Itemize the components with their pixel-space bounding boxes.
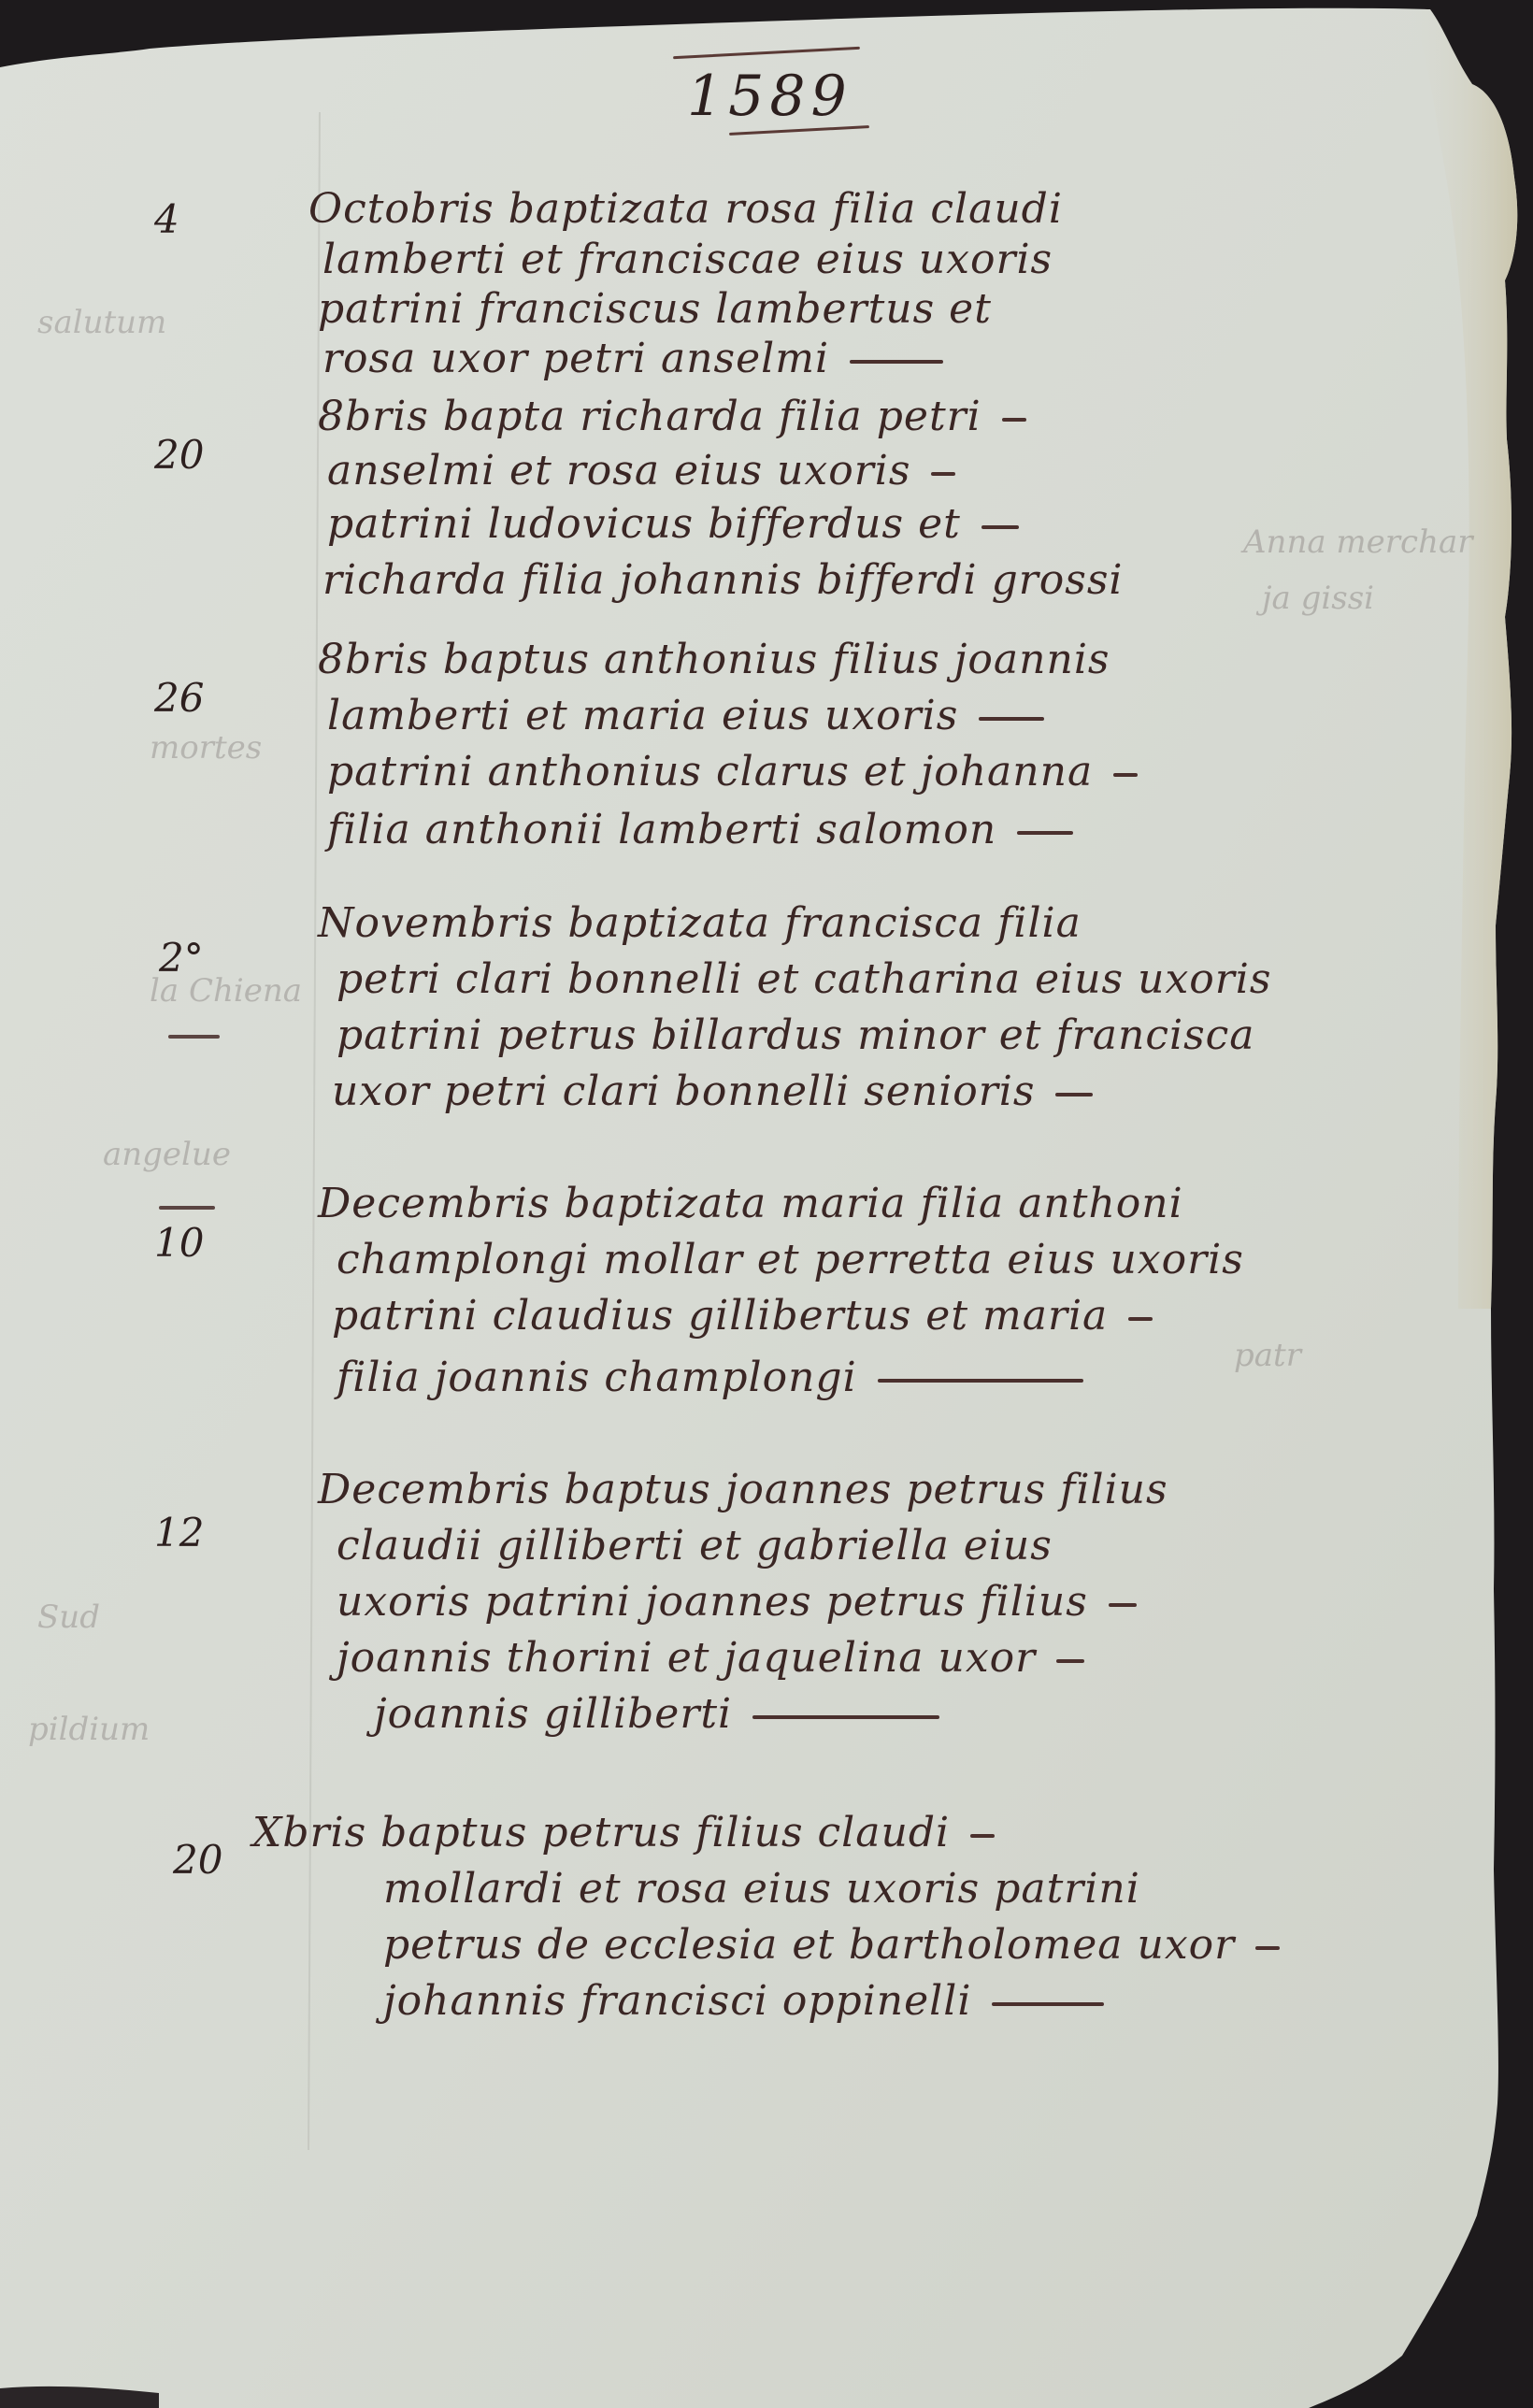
entry-line: patrini ludovicus bifferdus et (327, 500, 1019, 548)
entry-line: filia joannis champlongi (337, 1354, 1083, 1401)
bleedthrough-note: mortes (150, 729, 262, 767)
entry-line: 8bris baptus anthonius filius joannis (318, 636, 1110, 683)
entry-line: mollardi et rosa eius uxoris patrini (383, 1865, 1140, 1913)
entry-line: anselmi et rosa eius uxoris (327, 447, 955, 494)
entry-line: Decembris baptizata maria filia anthoni (318, 1180, 1183, 1227)
year-overline (673, 47, 860, 59)
line-end-dash (1056, 1659, 1084, 1663)
line-end-dash (992, 2002, 1104, 2006)
entry-line: lamberti et franciscae eius uxoris (322, 236, 1053, 283)
year-heading: 1589 (687, 64, 852, 129)
entry-day: 2° (159, 935, 204, 981)
register-page: 1589 salutum Anna merchar ja gissi morte… (0, 0, 1533, 2408)
line-end-dash (1017, 831, 1073, 835)
entry-line: joannis thorini et jaquelina uxor (337, 1634, 1084, 1682)
bleedthrough-note: ja gissi (1262, 580, 1374, 617)
entry-line: 8bris bapta richarda filia petri (318, 393, 1026, 440)
entry-line: Novembris baptizata francisca filia (318, 899, 1082, 947)
line-end-dash (1128, 1317, 1153, 1321)
entry-day: 20 (173, 1837, 222, 1883)
entry-line: lamberti et maria eius uxoris (327, 692, 1044, 739)
entry-line: Xbris baptus petrus filius claudi (252, 1809, 995, 1856)
entry-line: champlongi mollar et perretta eius uxori… (337, 1236, 1244, 1283)
entry-day: 10 (154, 1220, 204, 1266)
bleedthrough-note: Sud (37, 1598, 100, 1636)
line-end-dash (1002, 418, 1026, 422)
margin-dash (159, 1206, 215, 1210)
entry-line: patrini petrus billardus minor et franci… (337, 1011, 1255, 1059)
bleedthrough-note: Anna merchar (1243, 523, 1473, 561)
entry-line: rosa uxor petri anselmi (322, 335, 943, 382)
entry-day: 26 (154, 675, 204, 721)
bleedthrough-note: angelue (103, 1136, 231, 1173)
entry-line: Decembris baptus joannes petrus filius (318, 1466, 1168, 1513)
line-end-dash (979, 717, 1044, 721)
entry-line: petri clari bonnelli et catharina eius u… (337, 955, 1271, 1003)
entry-line: petrus de ecclesia et bartholomea uxor (383, 1921, 1280, 1969)
entry-line: patrini franciscus lambertus et (318, 285, 992, 333)
line-end-dash (752, 1715, 939, 1719)
entry-line: patrini anthonius clarus et johanna (327, 748, 1138, 795)
entry-line: filia anthonii lamberti salomon (327, 806, 1073, 853)
entry-line: richarda filia johannis bifferdi grossi (322, 556, 1124, 604)
line-end-dash (1255, 1946, 1280, 1950)
line-end-dash (850, 360, 943, 364)
entry-line: johannis francisci oppinelli (383, 1977, 1104, 2025)
margin-dash (168, 1035, 220, 1039)
entry-line: Octobris baptizata rosa filia claudi (308, 185, 1063, 233)
line-end-dash (970, 1834, 995, 1838)
entry-line: claudii gilliberti et gabriella eius (337, 1522, 1053, 1569)
line-end-dash (1055, 1093, 1093, 1096)
entry-day: 4 (154, 196, 179, 242)
entry-day: 12 (154, 1510, 204, 1555)
entry-line: uxor petri clari bonnelli senioris (332, 1068, 1093, 1115)
line-end-dash (931, 472, 955, 476)
entry-line: uxoris patrini joannes petrus filius (337, 1578, 1137, 1626)
bleedthrough-note: patr (1234, 1337, 1301, 1374)
line-end-dash (1109, 1603, 1137, 1607)
bleedthrough-note: pildium (28, 1711, 150, 1748)
bleedthrough-note: salutum (37, 304, 166, 341)
entry-line: patrini claudius gillibertus et maria (332, 1292, 1153, 1340)
line-end-dash (981, 525, 1019, 529)
line-end-dash (878, 1379, 1083, 1383)
entry-line: joannis gilliberti (374, 1690, 939, 1738)
entry-day: 20 (154, 432, 204, 478)
register-content: 1589 salutum Anna merchar ja gissi morte… (0, 0, 1533, 2408)
line-end-dash (1113, 773, 1138, 777)
